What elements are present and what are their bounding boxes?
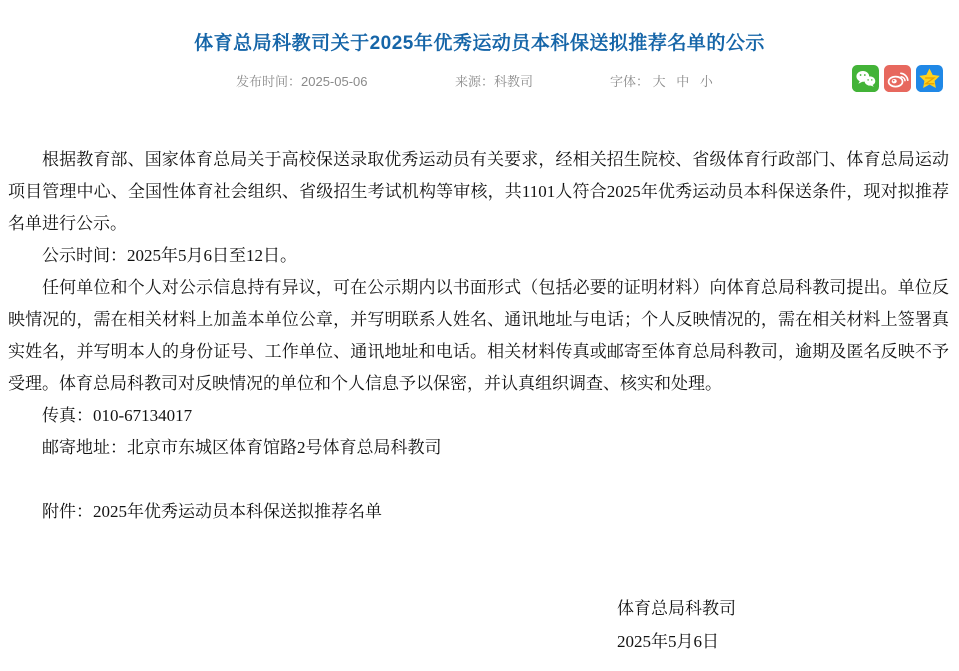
signature-block: 体育总局科教司 2025年5月6日 <box>617 592 949 658</box>
signature-org: 体育总局科教司 <box>617 592 949 625</box>
paragraph-fax: 传真：010-67134017 <box>8 400 949 432</box>
font-size-label: 字体： <box>610 74 649 89</box>
publish-date: 发布时间：2025-05-06 <box>236 71 368 90</box>
paragraph-publicity-period: 公示时间：2025年5月6日至12日。 <box>8 240 949 272</box>
share-bar <box>852 65 943 93</box>
attachment-link[interactable]: 附件：2025年优秀运动员本科保送拟推荐名单 <box>8 496 949 528</box>
paragraph-objection-procedure: 任何单位和个人对公示信息持有异议，可在公示期内以书面形式（包括必要的证明材料）向… <box>8 272 949 400</box>
blank-line <box>8 464 949 496</box>
article-body: 根据教育部、国家体育总局关于高校保送录取优秀运动员有关要求，经相关招生院校、省级… <box>8 144 949 658</box>
wechat-share-icon[interactable] <box>852 65 879 92</box>
qzone-share-icon[interactable] <box>916 65 943 92</box>
font-size-control: 字体： 大 中 小 <box>610 71 713 90</box>
paragraph-mailing-address: 邮寄地址：北京市东城区体育馆路2号体育总局科教司 <box>8 432 949 464</box>
page-title: 体育总局科教司关于2025年优秀运动员本科保送拟推荐名单的公示 <box>0 28 959 55</box>
font-size-small-button[interactable]: 小 <box>700 74 713 89</box>
weibo-share-icon[interactable] <box>884 65 911 92</box>
article-meta-row: 发布时间：2025-05-06 来源：科教司 字体： 大 中 小 <box>0 71 959 91</box>
font-size-large-button[interactable]: 大 <box>653 74 666 89</box>
signature-date: 2025年5月6日 <box>617 625 949 658</box>
font-size-medium-button[interactable]: 中 <box>676 74 689 89</box>
paragraph-intro: 根据教育部、国家体育总局关于高校保送录取优秀运动员有关要求，经相关招生院校、省级… <box>8 144 949 240</box>
article-source: 来源：科教司 <box>455 71 533 90</box>
blank-space <box>8 528 949 592</box>
article-header: 体育总局科教司关于2025年优秀运动员本科保送拟推荐名单的公示 发布时间：202… <box>0 0 959 118</box>
